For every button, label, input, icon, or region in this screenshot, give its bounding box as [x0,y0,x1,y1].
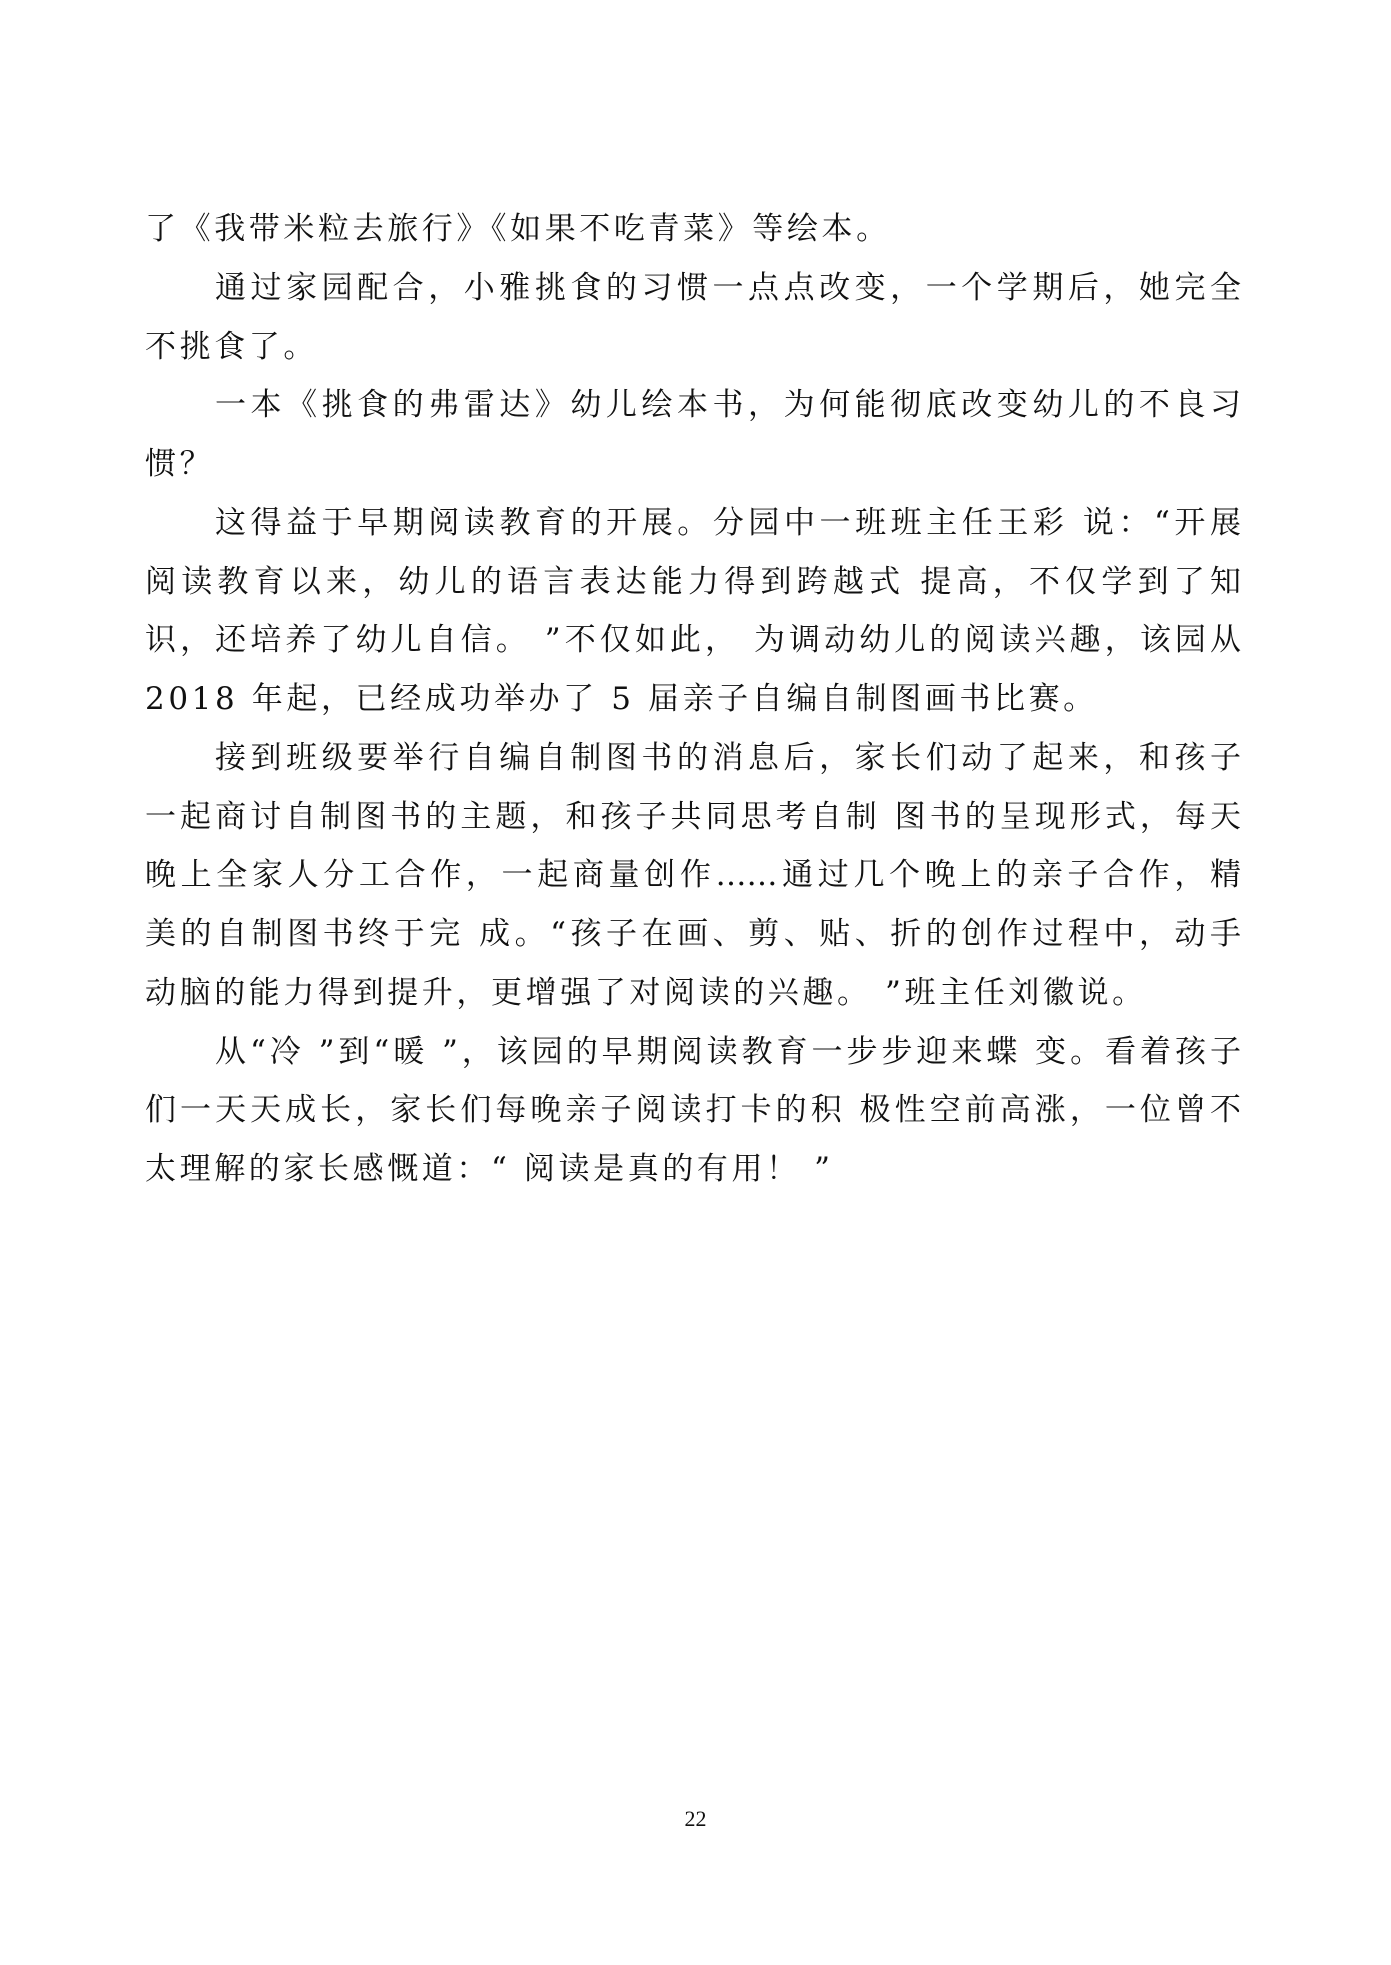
page-number: 22 [0,1806,1391,1832]
text-line: 这得益于早期阅读教育的开展。分园中一班班主任王彩 说：“开展 [145,494,1241,553]
text-line: 通过家园配合，小雅挑食的习惯一点点改变，一个学期后，她完全 [145,259,1241,318]
text-line: 太理解的家长感慨道：“ 阅读是真的有用！ ” [145,1140,1241,1199]
text-line: 晚上全家人分工合作，一起商量创作……通过几个晚上的亲子合作，精 [145,846,1241,905]
text-line: 一本《挑食的弗雷达》幼儿绘本书，为何能彻底改变幼儿的不良习 [145,376,1241,435]
text-line: 接到班级要举行自编自制图书的消息后，家长们动了起来，和孩子 [145,729,1241,788]
text-line: 了《我带米粒去旅行》《如果不吃青菜》等绘本。 [145,200,1241,259]
text-line: 动脑的能力得到提升，更增强了对阅读的兴趣。 ”班主任刘徽说。 [145,964,1241,1023]
text-line: 们一天天成长，家长们每晚亲子阅读打卡的积 极性空前高涨，一位曾不 [145,1081,1241,1140]
text-line: 阅读教育以来，幼儿的语言表达能力得到跨越式 提高，不仅学到了知 [145,553,1241,612]
text-line: 一起商讨自制图书的主题，和孩子共同思考自制 图书的呈现形式，每天 [145,788,1241,847]
text-line: 识，还培养了幼儿自信。 ”不仅如此， 为调动幼儿的阅读兴趣，该园从 [145,611,1241,670]
text-line: 不挑食了。 [145,318,1241,377]
document-page: 了《我带米粒去旅行》《如果不吃青菜》等绘本。 通过家园配合，小雅挑食的习惯一点点… [0,0,1391,1965]
text-line: 从“冷 ”到“暖 ”，该园的早期阅读教育一步步迎来蝶 变。看着孩子 [145,1023,1241,1082]
text-line: 美的自制图书终于完 成。“孩子在画、剪、贴、折的创作过程中，动手 [145,905,1241,964]
body-text: 了《我带米粒去旅行》《如果不吃青菜》等绘本。 通过家园配合，小雅挑食的习惯一点点… [145,200,1241,1199]
text-line: 惯？ [145,435,1241,494]
text-line: 2018 年起，已经成功举办了 5 届亲子自编自制图画书比赛。 [145,670,1241,729]
